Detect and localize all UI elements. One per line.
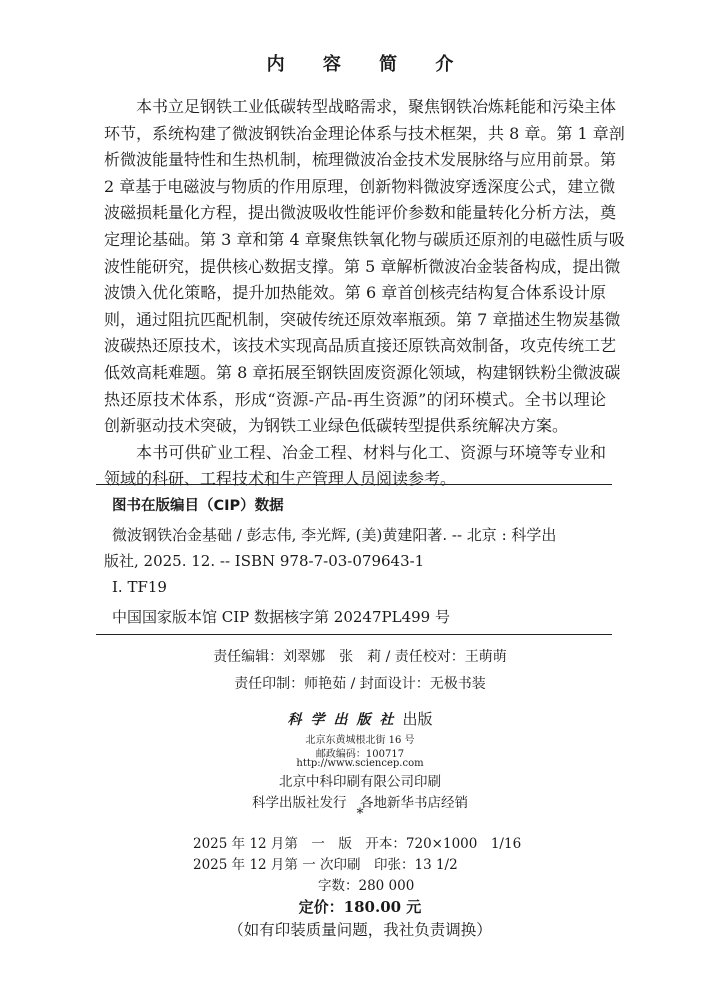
abstract-line: 则，通过阻抗匹配机制，突破传统还原效率瓶颈。第 7 章描述生物炭基微 <box>104 307 606 334</box>
printing-info: 2025 年 12 月第 一 次印刷 印张：13 1/2 <box>193 853 458 873</box>
abstract-line: 2 章基于电磁波与物质的作用原理，创新物料微波穿透深度公式，建立微 <box>104 174 606 201</box>
cip-top-rule <box>96 484 612 485</box>
cip-bottom-rule <box>96 634 612 635</box>
abstract-line: 波碳热还原技术，该技术实现高品质直接还原铁高效制备，攻克传统工艺 <box>104 333 606 360</box>
abstract-line: 波磁损耗量化方程，提出微波吸收性能评价参数和能量转化分析方法，奠 <box>104 200 606 227</box>
cip-approval-number: 中国国家版本馆 CIP 数据核字第 20247PL499 号 <box>112 606 450 627</box>
abstract-line: 领域的科研、工程技术和生产管理人员阅读参考。 <box>104 466 606 493</box>
abstract-line: 本书可供矿业工程、冶金工程、材料与化工、资源与环境等专业和 <box>104 440 606 467</box>
abstract-line: 创新驱动技术突破，为钢铁工业绿色低碳转型提供系统解决方案。 <box>104 413 606 440</box>
cip-entry-line-2: 版社, 2025. 12. -- ISBN 978-7-03-079643-1 <box>104 550 424 571</box>
price: 定价：180.00 元 <box>0 896 720 917</box>
abstract-line: 环节，系统构建了微波钢铁冶金理论体系与技术框架，共 8 章。第 1 章剖 <box>104 121 606 148</box>
abstract-line: 定理论基础。第 3 章和第 4 章聚焦铁氧化物与碳质还原剂的电磁性质与吸 <box>104 227 606 254</box>
publisher-logo-line: 科学出版社出版 <box>0 708 720 729</box>
quality-notice: （如有印装质量问题，我社负责调换） <box>0 918 720 940</box>
separator-asterisk: * <box>0 806 720 822</box>
cip-classification: Ⅰ. TF19 <box>112 578 167 596</box>
publisher-website[interactable]: http://www.sciencep.com <box>0 758 720 769</box>
abstract-line: 本书立足钢铁工业低碳转型战略需求，聚焦钢铁冶炼耗能和污染主体 <box>104 94 606 121</box>
publisher-logo-suffix: 出版 <box>402 710 432 728</box>
editor-credits: 责任编辑：刘翠娜 张 莉 / 责任校对：王萌萌 <box>0 646 720 666</box>
cip-entry-line-1: 微波钢铁冶金基础 / 彭志伟, 李光辉, (美)黄建阳著. -- 北京 : 科学… <box>112 524 556 545</box>
page-title: 内 容 简 介 <box>0 50 720 76</box>
publisher-address: 北京东黄城根北街 16 号 <box>0 731 720 746</box>
abstract: 本书立足钢铁工业低碳转型战略需求，聚焦钢铁冶炼耗能和污染主体环节，系统构建了微波… <box>104 94 606 493</box>
cip-heading: 图书在版编目（CIP）数据 <box>112 494 284 515</box>
copyright-page: 内 容 简 介 本书立足钢铁工业低碳转型战略需求，聚焦钢铁冶炼耗能和污染主体环节… <box>0 0 720 1000</box>
abstract-line: 析微波能量特性和生热机制，梳理微波冶金技术发展脉络与应用前景。第 <box>104 147 606 174</box>
production-credits: 责任印制：师艳茹 / 封面设计：无极书装 <box>0 673 720 693</box>
abstract-line: 热还原技术体系，形成“资源-产品-再生资源”的闭环模式。全书以理论 <box>104 387 606 414</box>
publisher-logo: 科学出版社 <box>287 712 402 728</box>
edition-info: 2025 年 12 月第 一 版 开本：720×1000 1/16 <box>193 832 521 852</box>
abstract-paragraph-1: 本书立足钢铁工业低碳转型战略需求，聚焦钢铁冶炼耗能和污染主体环节，系统构建了微波… <box>104 94 606 440</box>
abstract-line: 低效高耗难题。第 8 章拓展至钢铁固废资源化领域，构建钢铁粉尘微波碳 <box>104 360 606 387</box>
printer: 北京中科印刷有限公司印刷 <box>0 770 720 790</box>
abstract-line: 波性能研究，提供核心数据支撑。第 5 章解析微波冶金装备构成，提出微 <box>104 254 606 281</box>
word-count: 字数：280 000 <box>318 874 414 894</box>
abstract-line: 波馈入优化策略，提升加热能效。第 6 章首创核壳结构复合体系设计原 <box>104 280 606 307</box>
